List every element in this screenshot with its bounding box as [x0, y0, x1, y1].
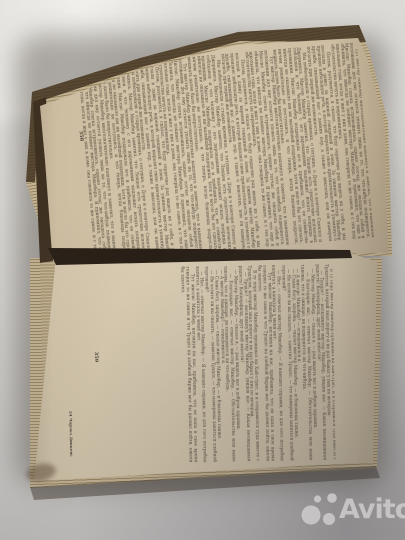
avito-logo-icon	[291, 487, 337, 531]
avito-watermark-text: Avito	[339, 496, 405, 523]
photo-vignette	[0, 0, 405, 540]
avito-watermark: Avito	[291, 485, 403, 533]
book-photo: Тут мистер Микобер многозначительно кашл…	[0, 0, 405, 540]
